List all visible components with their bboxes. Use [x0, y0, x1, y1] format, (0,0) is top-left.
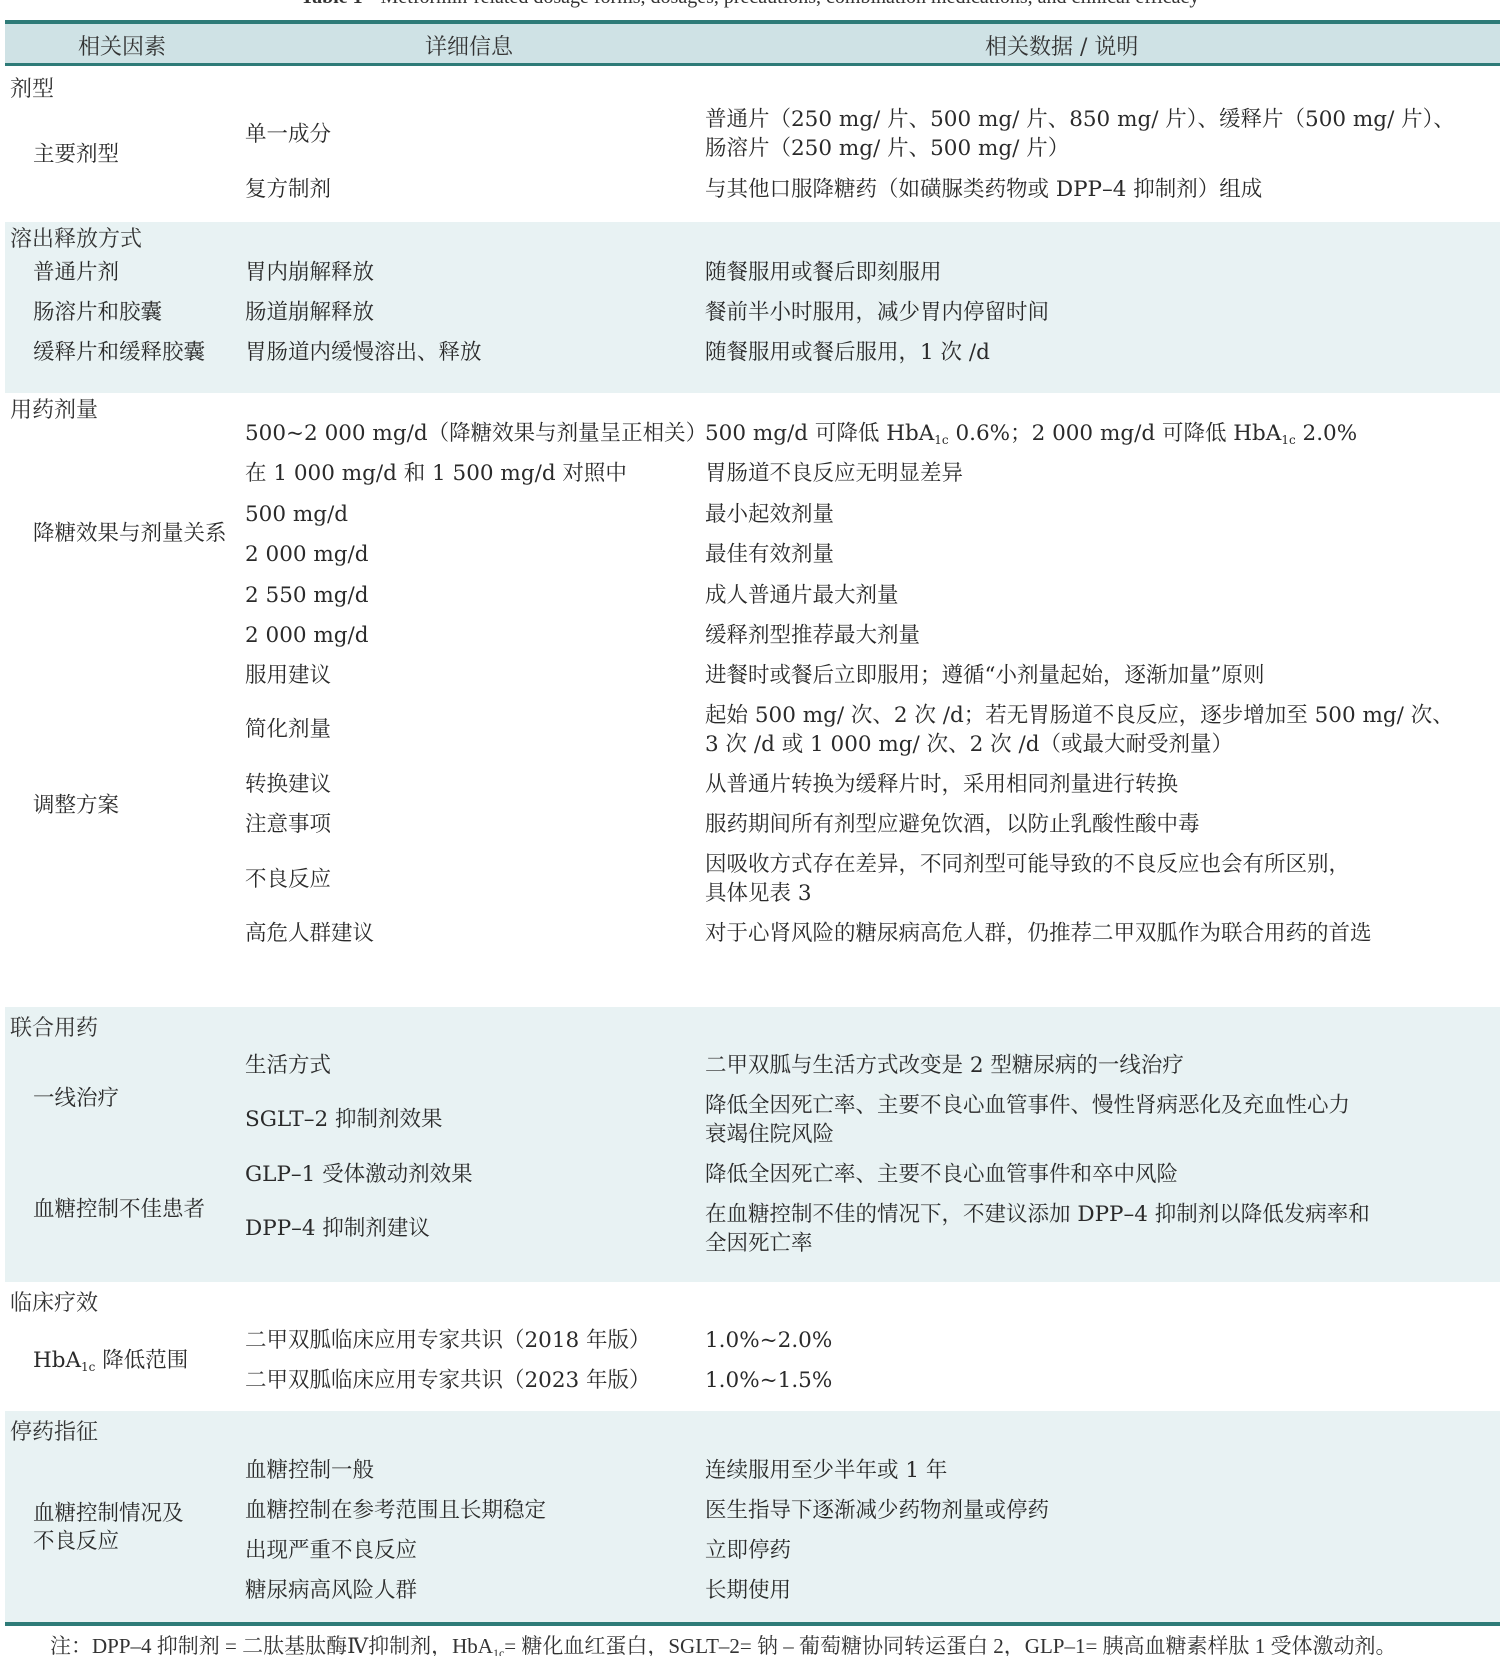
- data-cell: 进餐时或餐后立即服用；遵循“小剂量起始，逐渐加量”原则: [705, 661, 1265, 690]
- section-release-mode: 溶出释放方式 普通片剂 胃内崩解释放 随餐服用或餐后即刻服用 肠溶片和胶囊 肠道…: [5, 222, 1500, 393]
- table-caption: Table 1Metformin-related dosage forms, d…: [0, 0, 1500, 12]
- data-cell: 1.0%~1.5%: [705, 1366, 832, 1395]
- detail-cell: 在 1 000 mg/d 和 1 500 mg/d 对照中: [245, 459, 627, 488]
- data-cell: 最佳有效剂量: [705, 540, 834, 569]
- detail-cell: GLP–1 受体激动剂效果: [245, 1160, 473, 1189]
- header-col-data: 相关数据 / 说明: [985, 30, 1138, 61]
- data-cell: 随餐服用或餐后服用，1 次 /d: [705, 338, 990, 367]
- detail-cell: 2 000 mg/d: [245, 621, 369, 650]
- data-cell: 对于心肾风险的糖尿病高危人群，仍推荐二甲双胍作为联合用药的首选: [705, 919, 1372, 948]
- detail-cell: 500 mg/d: [245, 500, 348, 529]
- bottom-rule: [5, 1622, 1500, 1626]
- section-title: 剂型: [10, 72, 54, 103]
- section-clinical-efficacy: 临床疗效 HbA1c 降低范围 二甲双胍临床应用专家共识（2018 年版） 1.…: [5, 1282, 1500, 1411]
- detail-cell: 服用建议: [245, 661, 331, 690]
- detail-cell: 糖尿病高风险人群: [245, 1576, 417, 1605]
- data-cell: 全因死亡率: [705, 1229, 813, 1258]
- section-combination: 联合用药 一线治疗 生活方式 二甲双胍与生活方式改变是 2 型糖尿病的一线治疗 …: [5, 1007, 1500, 1282]
- section-title: 停药指征: [10, 1415, 98, 1446]
- data-cell: 1.0%~2.0%: [705, 1326, 832, 1355]
- data-cell: 最小起效剂量: [705, 500, 834, 529]
- data-cell: 医生指导下逐渐减少药物剂量或停药: [705, 1496, 1049, 1525]
- data-cell: 随餐服用或餐后即刻服用: [705, 258, 942, 287]
- detail-cell: 简化剂量: [245, 715, 331, 744]
- detail-cell: 转换建议: [245, 770, 331, 799]
- section-title: 溶出释放方式: [10, 222, 142, 253]
- detail-cell: DPP–4 抑制剂建议: [245, 1214, 430, 1243]
- data-cell: 长期使用: [705, 1576, 791, 1605]
- header-col-factor: 相关因素: [78, 30, 166, 61]
- data-cell: 服药期间所有剂型应避免饮酒，以防止乳酸性酸中毒: [705, 810, 1200, 839]
- data-cell: 连续服用至少半年或 1 年: [705, 1456, 947, 1485]
- detail-cell: 2 550 mg/d: [245, 581, 369, 610]
- factor-cell: 血糖控制不佳患者: [33, 1195, 205, 1224]
- factor-cell: 肠溶片和胶囊: [33, 298, 162, 327]
- metformin-table: 相关因素 详细信息 相关数据 / 说明 剂型 主要剂型 单一成分 普通片（250…: [5, 20, 1500, 1626]
- detail-cell: 500~2 000 mg/d（降糖效果与剂量呈正相关）: [245, 419, 707, 448]
- data-cell: 肠溶片（250 mg/ 片、500 mg/ 片）: [705, 134, 1069, 163]
- data-cell: 二甲双胍与生活方式改变是 2 型糖尿病的一线治疗: [705, 1051, 1184, 1080]
- data-cell: 从普通片转换为缓释片时，采用相同剂量进行转换: [705, 770, 1178, 799]
- section-discontinuation: 停药指征 血糖控制情况及 不良反应 血糖控制一般 连续服用至少半年或 1 年 血…: [5, 1411, 1500, 1622]
- data-cell: 成人普通片最大剂量: [705, 581, 899, 610]
- section-title: 临床疗效: [10, 1286, 98, 1317]
- detail-cell: 2 000 mg/d: [245, 540, 369, 569]
- caption-text: Metformin-related dosage forms, dosages,…: [381, 0, 1200, 8]
- factor-cell: 主要剂型: [33, 140, 119, 169]
- table-footnote: 注：DPP–4 抑制剂 = 二肽基肽酶Ⅳ抑制剂，HbA1c= 糖化血红蛋白，SG…: [50, 1630, 1397, 1656]
- data-cell: 立即停药: [705, 1536, 791, 1565]
- data-cell: 与其他口服降糖药（如磺脲类药物或 DPP–4 抑制剂）组成: [705, 175, 1262, 204]
- factor-cell: 调整方案: [33, 791, 119, 820]
- detail-cell: 胃肠道内缓慢溶出、释放: [245, 338, 482, 367]
- data-cell: 衰竭住院风险: [705, 1120, 834, 1149]
- detail-cell: 不良反应: [245, 865, 331, 894]
- factor-cell: 不良反应: [33, 1527, 119, 1556]
- detail-cell: 胃内崩解释放: [245, 258, 374, 287]
- data-cell: 降低全因死亡率、主要不良心血管事件和卒中风险: [705, 1160, 1178, 1189]
- detail-cell: 二甲双胍临床应用专家共识（2018 年版）: [245, 1326, 651, 1355]
- section-title: 联合用药: [10, 1011, 98, 1042]
- table-header: 相关因素 详细信息 相关数据 / 说明: [5, 24, 1500, 63]
- factor-cell: 降糖效果与剂量关系: [33, 519, 227, 548]
- detail-cell: 血糖控制在参考范围且长期稳定: [245, 1496, 546, 1525]
- data-cell: 在血糖控制不佳的情况下，不建议添加 DPP–4 抑制剂以降低发病率和: [705, 1200, 1370, 1229]
- factor-cell: 一线治疗: [33, 1084, 119, 1113]
- data-cell: 餐前半小时服用，减少胃内停留时间: [705, 298, 1049, 327]
- header-col-detail: 详细信息: [425, 30, 513, 61]
- factor-cell: HbA1c 降低范围: [33, 1346, 188, 1382]
- data-cell: 起始 500 mg/ 次、2 次 /d；若无胃肠道不良反应，逐步增加至 500 …: [705, 701, 1454, 730]
- detail-cell: 出现严重不良反应: [245, 1536, 417, 1565]
- section-dosage-form: 剂型 主要剂型 单一成分 普通片（250 mg/ 片、500 mg/ 片、850…: [5, 66, 1500, 222]
- data-cell: 具体见表 3: [705, 879, 812, 908]
- detail-cell: 肠道崩解释放: [245, 298, 374, 327]
- data-cell: 500 mg/d 可降低 HbA1c 0.6%；2 000 mg/d 可降低 H…: [705, 419, 1357, 455]
- data-cell: 降低全因死亡率、主要不良心血管事件、慢性肾病恶化及充血性心力: [705, 1091, 1350, 1120]
- data-cell: 缓释剂型推荐最大剂量: [705, 621, 920, 650]
- data-cell: 普通片（250 mg/ 片、500 mg/ 片、850 mg/ 片）、缓释片（5…: [705, 105, 1455, 134]
- detail-cell: 血糖控制一般: [245, 1456, 374, 1485]
- factor-cell: 普通片剂: [33, 258, 119, 287]
- section-title: 用药剂量: [10, 393, 98, 424]
- data-cell: 因吸收方式存在差异，不同剂型可能导致的不良反应也会有所区别，: [705, 850, 1350, 879]
- data-cell: 胃肠道不良反应无明显差异: [705, 459, 963, 488]
- detail-cell: 复方制剂: [245, 175, 331, 204]
- factor-cell: 血糖控制情况及: [33, 1499, 184, 1528]
- detail-cell: 单一成分: [245, 120, 331, 149]
- detail-cell: SGLT–2 抑制剂效果: [245, 1105, 443, 1134]
- detail-cell: 注意事项: [245, 810, 331, 839]
- caption-label: Table 1: [301, 0, 363, 8]
- section-dosage: 用药剂量 降糖效果与剂量关系 500~2 000 mg/d（降糖效果与剂量呈正相…: [5, 393, 1500, 1007]
- detail-cell: 高危人群建议: [245, 919, 374, 948]
- detail-cell: 生活方式: [245, 1051, 331, 1080]
- detail-cell: 二甲双胍临床应用专家共识（2023 年版）: [245, 1366, 651, 1395]
- factor-cell: 缓释片和缓释胶囊: [33, 338, 205, 367]
- data-cell: 3 次 /d 或 1 000 mg/ 次、2 次 /d（或最大耐受剂量）: [705, 730, 1233, 759]
